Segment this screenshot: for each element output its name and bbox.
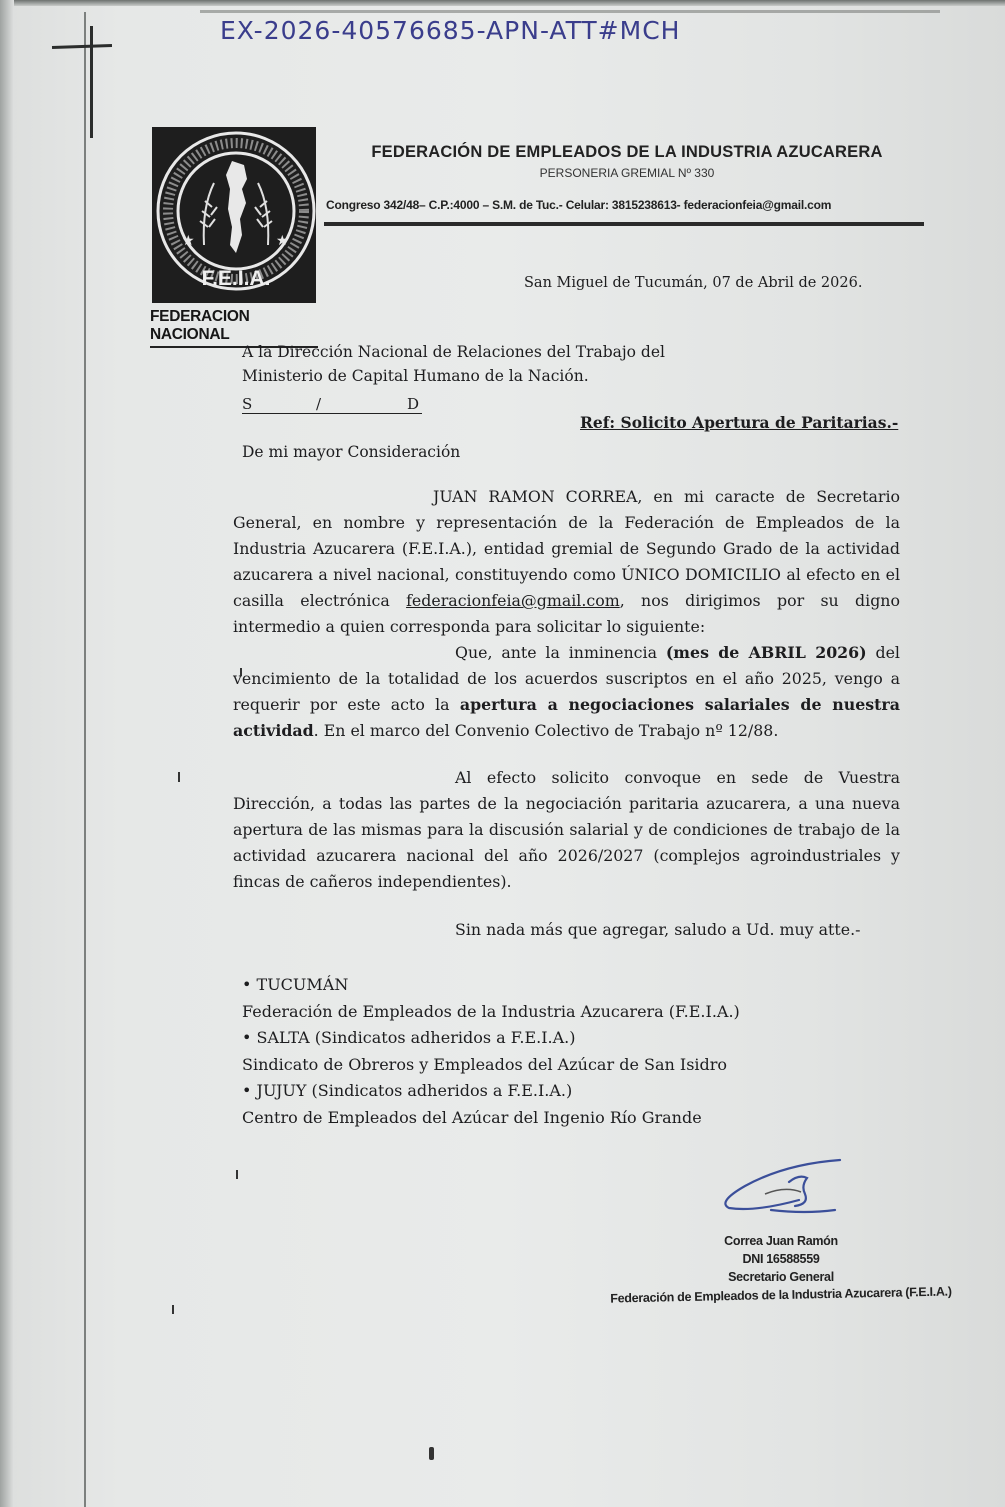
- organization-title: FEDERACIÓN DE EMPLEADOS DE LA INDUSTRIA …: [330, 143, 924, 162]
- sd-mid: /: [316, 395, 321, 413]
- date-line: San Miguel de Tucumán, 07 de Abril de 20…: [524, 275, 862, 291]
- contact-line: Congreso 342/48– C.P.:4000 – S.M. de Tuc…: [326, 198, 936, 212]
- ink-speck: [240, 668, 242, 676]
- union-entity: Sindicato de Obreros y Empleados del Azú…: [242, 1052, 740, 1079]
- page-left-edge: [0, 0, 14, 1507]
- reference-line: Ref: Solicito Apertura de Paritarias.-: [580, 413, 898, 432]
- top-rule: [200, 10, 940, 13]
- ink-speck: [178, 772, 180, 782]
- union-entity: Centro de Empleados del Azúcar del Ingen…: [242, 1105, 740, 1132]
- svg-text:★: ★: [276, 233, 289, 249]
- page-top-shadow: [0, 0, 1005, 6]
- argentina-map-wheat-emblem-icon: ★ ★ F.E.I.A.: [152, 127, 316, 303]
- unions-list: • TUCUMÁN Federación de Empleados de la …: [242, 972, 740, 1131]
- ink-speck: [429, 1447, 434, 1460]
- union-province: • SALTA (Sindicatos adheridos a F.E.I.A.…: [242, 1025, 740, 1052]
- paragraph-2: Que, ante la inminencia (mes de ABRIL 20…: [233, 640, 900, 744]
- expediente-number: EX-2026-40576685-APN-ATT#MCH: [220, 16, 680, 45]
- ink-speck: [172, 1305, 174, 1314]
- paragraph-1: JUAN RAMON CORREA, en mi caracte de Secr…: [233, 484, 900, 640]
- union-entity: Federación de Empleados de la Industria …: [242, 999, 740, 1026]
- paragraph-3: Al efecto solicito convoque en sede de V…: [233, 765, 900, 895]
- signatory-dni: DNI 16588559: [596, 1250, 966, 1268]
- personeria-gremial: PERSONERIA GREMIAL Nº 330: [330, 166, 924, 180]
- email-link[interactable]: federacionfeia@gmail.com: [406, 591, 620, 610]
- sd-right: D: [407, 395, 419, 413]
- svg-text:F.E.I.A.: F.E.I.A.: [202, 267, 271, 290]
- signatory-name: Correa Juan Ramón: [596, 1232, 966, 1250]
- svg-text:★: ★: [182, 233, 195, 249]
- recipient-line-1: A la Dirección Nacional de Relaciones de…: [242, 340, 665, 364]
- ink-speck: [236, 1170, 238, 1179]
- salutation: De mi mayor Consideración: [242, 443, 460, 461]
- recipient-line-2: Ministerio de Capital Humano de la Nació…: [242, 364, 665, 388]
- union-province: • TUCUMÁN: [242, 972, 740, 999]
- signature-block: Correa Juan Ramón DNI 16588559 Secretari…: [596, 1232, 966, 1304]
- signer-name: JUAN RAMON CORREA: [433, 487, 637, 506]
- sd-left: S: [242, 395, 252, 413]
- cross-mark-bar: [52, 44, 112, 49]
- cross-mark-icon: [90, 26, 93, 138]
- sd-line: S / D: [242, 395, 422, 414]
- closing-line: Sin nada más que agregar, saludo a Ud. m…: [455, 920, 860, 939]
- feia-logo: ★ ★ F.E.I.A.: [152, 127, 316, 303]
- header-rule: [324, 222, 924, 226]
- month-emphasis: (mes de ABRIL 2026): [666, 643, 867, 662]
- binding-margin-line: [84, 12, 86, 1507]
- union-province: • JUJUY (Sindicatos adheridos a F.E.I.A.…: [242, 1078, 740, 1105]
- signature-icon: [715, 1152, 845, 1222]
- recipient-block: A la Dirección Nacional de Relaciones de…: [242, 340, 665, 388]
